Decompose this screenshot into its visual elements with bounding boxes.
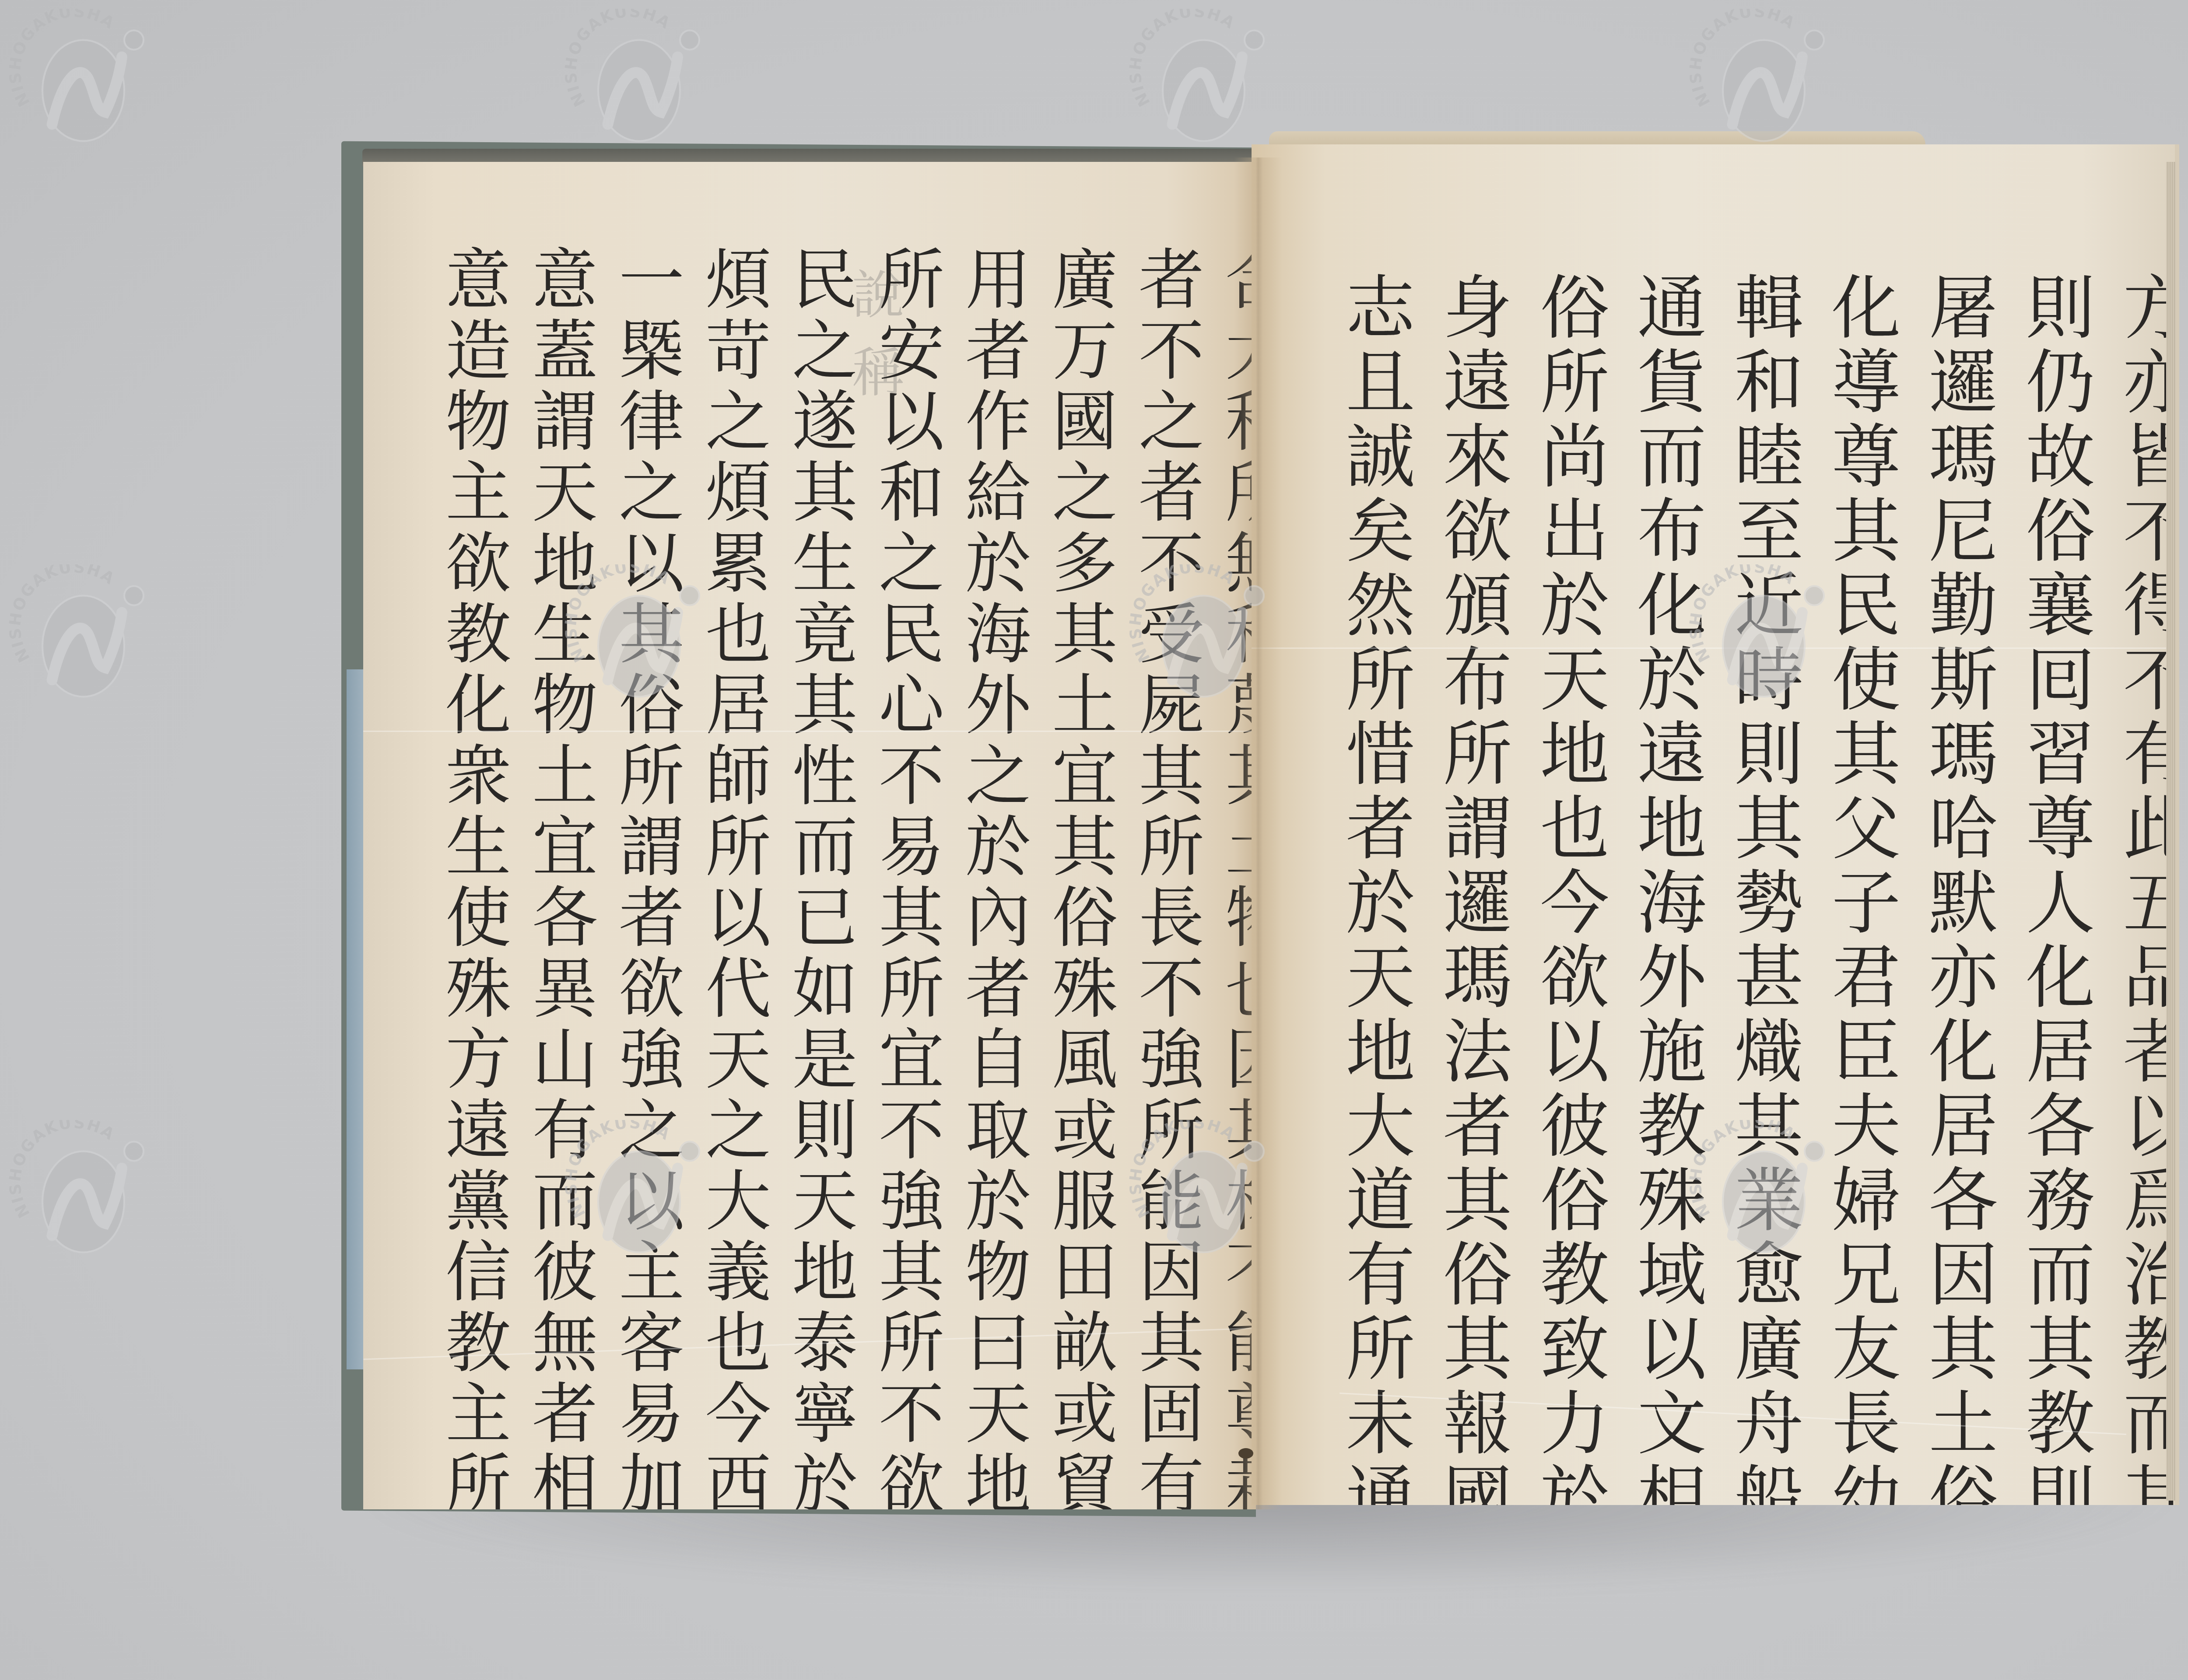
watermark-logo: NISHOGAKUSHA: [565, 564, 709, 709]
watermark-logo: NISHOGAKUSHA: [9, 564, 153, 709]
text-column: 煩苛之煩累也居師所以代天之大義也今西人不問風土人情之所宜: [689, 245, 775, 1470]
watermark-logo: NISHOGAKUSHA: [9, 1120, 153, 1264]
nishogakusha-logo-icon: NISHOGAKUSHA: [1129, 564, 1273, 709]
text-column: 意造物主欲教化衆生使殊方遠黨信教主所以奉教主之意也: [429, 245, 515, 1470]
open-book: 說 稱 泥之方習俗而能實踐地載公之大路誠不可賊吾夫天保 合大和所無私蔑其土物也因…: [341, 144, 2175, 1514]
nishogakusha-logo-icon: NISHOGAKUSHA: [9, 564, 153, 709]
page-stack-edge: [2166, 162, 2176, 1501]
text-column: 廣万國之多其土宜其俗殊風或服田畝或貿易有無之於: [1035, 245, 1122, 1470]
nishogakusha-logo-icon: NISHOGAKUSHA: [565, 564, 709, 709]
text-column: 所安以和之民心不易其所宜不強其所不欲無論彼此短長取其: [862, 245, 949, 1470]
text-column: 一槩律之以其俗所謂者欲強之以主客易加之以其所謂法教是其: [602, 245, 689, 1470]
text-column: 屠邏瑪尼勤斯瑪哈默亦化居各因其土俗所相安以: [1909, 271, 2006, 1409]
watermark-logo: NISHOGAKUSHA: [1129, 564, 1273, 709]
text-column: 用者作給於海外之於內者自取於物曰天地所生以治民用因人情: [949, 245, 1035, 1470]
text-column: 意蓋謂天地生物土宜各異山有而彼無者相易以濟用所以奉天: [515, 245, 602, 1470]
watermark-logo: NISHOGAKUSHA: [9, 9, 153, 153]
watermark-logo: NISHOGAKUSHA: [1129, 1120, 1273, 1264]
watermark-logo: NISHOGAKUSHA: [1689, 564, 1834, 709]
text-column: 俗所尚出於天地也今欲以彼俗教致力於教令以孤其: [1520, 271, 1617, 1409]
nishogakusha-logo-icon: NISHOGAKUSHA: [1689, 9, 1834, 153]
cover-blue-edge: [347, 669, 364, 1369]
nishogakusha-logo-icon: NISHOGAKUSHA: [1129, 9, 1273, 153]
nishogakusha-logo-icon: NISHOGAKUSHA: [1689, 564, 1834, 709]
left-page-text: 泥之方習俗而能實踐地載公之大路誠不可賊吾夫天保 合大和所無私蔑其土物也因其材不能…: [429, 245, 1256, 1470]
text-column: 身遠來欲頒布所謂邏瑪法者其俗其報國之心可謂: [1423, 271, 1520, 1409]
left-page: 說 稱 泥之方習俗而能實踐地載公之大路誠不可賊吾夫天保 合大和所無私蔑其土物也因…: [363, 162, 1256, 1509]
watermark-logo: NISHOGAKUSHA: [565, 9, 709, 153]
book-gutter: [1234, 157, 1282, 1509]
text-column: 志且誠矣然所惜者於天地大道有所未通曉拘謂: [1326, 271, 1423, 1409]
text-column: 民之遂其生竟其性而已如是則天地泰寧於人心神和平無蹉若: [775, 245, 862, 1470]
text-column: 則仍故俗襄囘習尊人化居各務而其教則如: [2006, 271, 2103, 1409]
text-column: 者不之者不受屍其所長不強所能因其固有之材用四海之: [1122, 245, 1209, 1470]
watermark-logo: NISHOGAKUSHA: [565, 1120, 709, 1264]
watermark-logo: NISHOGAKUSHA: [1129, 9, 1273, 153]
watermark-logo: NISHOGAKUSHA: [1689, 1120, 1834, 1264]
nishogakusha-logo-icon: NISHOGAKUSHA: [1689, 1120, 1834, 1264]
watermark-logo: NISHOGAKUSHA: [1689, 9, 1834, 153]
right-page: 相恤處相賊害暴亂是天所命居師而居師所以 代天工也今西洋諸國亦皆有居師以各海撫一 …: [1252, 144, 2179, 1505]
nishogakusha-logo-icon: NISHOGAKUSHA: [565, 1120, 709, 1264]
binding-hole: [1238, 1448, 1253, 1459]
nishogakusha-logo-icon: NISHOGAKUSHA: [9, 1120, 153, 1264]
nishogakusha-logo-icon: NISHOGAKUSHA: [565, 9, 709, 153]
nishogakusha-logo-icon: NISHOGAKUSHA: [9, 9, 153, 153]
paper-crease: [363, 731, 1256, 732]
nishogakusha-logo-icon: NISHOGAKUSHA: [1129, 1120, 1273, 1264]
